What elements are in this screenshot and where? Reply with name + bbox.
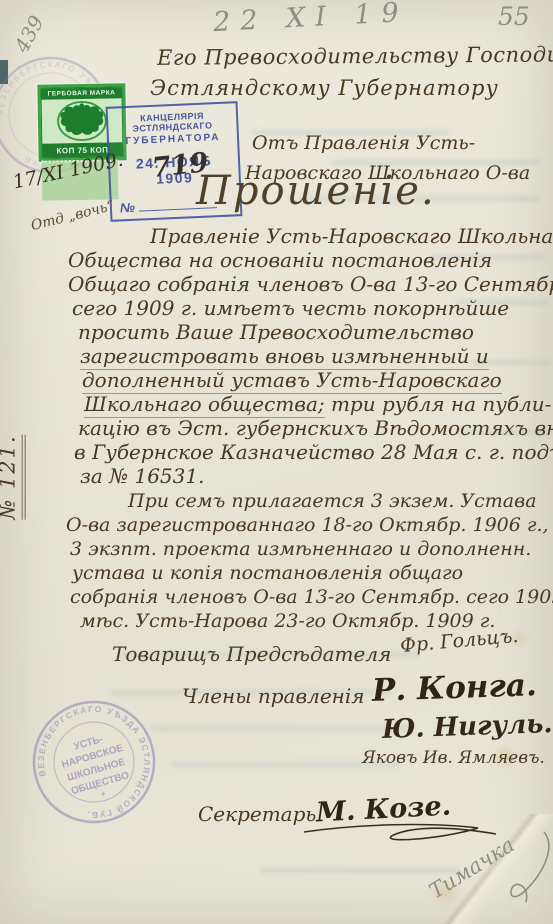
seal-ring-text: ВЕЗЕНБЕРГСКАГО УѢЗДА ЭСТЛЯНДСКОЙ ГУБ. (22, 690, 166, 834)
pencil-signature-flourish (486, 828, 553, 918)
body-line: При семъ прилагается 3 экзем. Устава (128, 490, 537, 512)
sender-line-1: Отъ Правленія Усть- (252, 132, 475, 154)
body-line: сего 1909 г. имѣетъ честь покорнѣйше (72, 296, 509, 320)
member-signature-2: Ю. Нигуль. (382, 709, 553, 745)
signature-flourish (300, 822, 500, 848)
showthrough-line (260, 868, 460, 873)
members-label: Члены правленія (182, 684, 364, 708)
showthrough-line (150, 726, 410, 731)
body-line: Школьнаго общества; три рубля на публи- (84, 392, 551, 416)
body-line: О-ва зарегистрованнаго 18-го Октябр. 190… (66, 514, 549, 536)
corner-number: 439 (10, 12, 49, 57)
body-line: просить Ваше Превосходительство (78, 320, 474, 344)
chancellery-stamp-number-label: № (120, 200, 136, 216)
member-signature-3: Яковъ Ив. Ямляевъ. (362, 748, 545, 768)
margin-number: № 121. (0, 434, 26, 519)
body-line: кацію въ Эст. губернскихъ Вѣдомостяхъ вн… (78, 416, 553, 440)
pencil-date: 22 XI 19 (212, 0, 409, 38)
body-line: в Губернское Казначейство 28 Мая с. г. п… (74, 440, 553, 464)
secretary-label: Секретарь (198, 802, 316, 826)
body-line-rest: три рубля на публи- (325, 392, 552, 416)
page-number: 55 (498, 2, 530, 31)
body-line-underlined: зарегистровать вновь измѣненный и (80, 344, 489, 370)
addressee-line-2: Эстляндскому Губернатору (150, 76, 499, 100)
svg-text:ВЕЗЕНБЕРГСКАГО УѢЗДА ЭСТЛЯНДСК: ВЕЗЕНБЕРГСКАГО УѢЗДА ЭСТЛЯНДСКОЙ ГУБ. (22, 690, 166, 834)
body-line: 3 экзпт. проекта измѣненнаго и дополненн… (70, 538, 531, 560)
body-line: за № 16531. (80, 464, 204, 488)
addressee-line-1: Его Превосходительству Господину (157, 42, 553, 70)
body-line-underlined-part: Школьнаго общества; (84, 392, 325, 418)
margin-note: Отд „вочь“ (29, 198, 116, 234)
document-title: Прошеніе. (196, 168, 436, 214)
dateline: мѣс. Усть-Нарова 23-го Октябр. 1909 г. (80, 610, 495, 632)
document-scan: 439 22 XI 19 55 Его Превосходительству Г… (0, 0, 553, 924)
vice-chair-label: Товарищъ Предсѣдателя (112, 642, 391, 666)
body-line: собранія членовъ О-ва 13-го Сентябр. сег… (70, 586, 553, 608)
society-round-seal: ВЕЗЕНБЕРГСКАГО УѢЗДА ЭСТЛЯНДСКОЙ ГУБ. УС… (12, 680, 175, 843)
body-line: Общества на основаніи постановленія (68, 248, 492, 272)
body-line: устава и копія постановленія общаго (72, 562, 463, 584)
body-line: Правленіе Усть-Наровскаго Школьнаго (150, 224, 553, 248)
body-line-underlined: дополненный уставъ Усть-Наровскаго (82, 368, 502, 394)
member-signature-1: Р. Конга. (371, 667, 537, 709)
body-line: Общаго собранія членовъ О-ва 13-го Сентя… (68, 272, 553, 296)
chancellery-stamp-line1: КАНЦЕЛЯРІЯ ЭСТЛЯНДСКАГО (116, 110, 229, 135)
seal-ornament: ✦ (99, 789, 108, 800)
imperial-eagle-icon (54, 100, 111, 143)
chancellery-stamp-line2: ГУБЕРНАТОРА (117, 132, 229, 148)
